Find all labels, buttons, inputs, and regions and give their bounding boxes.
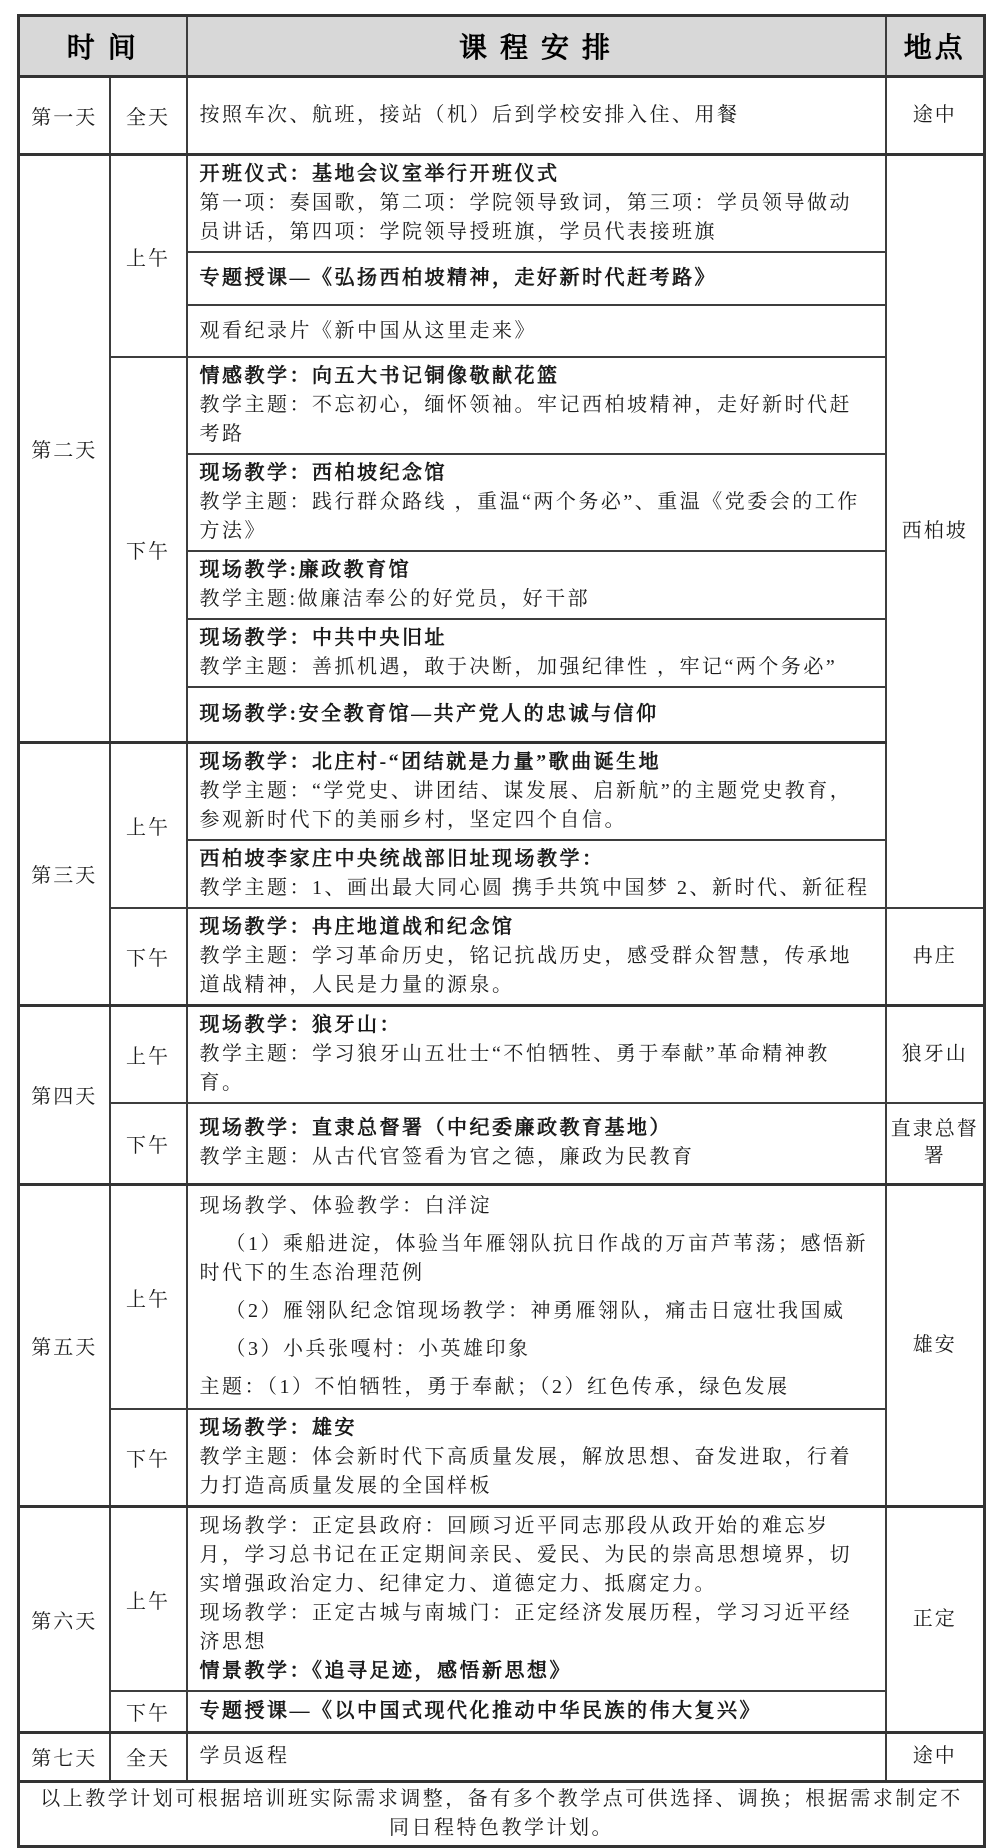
day7-course-cell: 学员返程	[187, 1732, 886, 1781]
row-day7: 第七天 全天 学员返程 途中	[19, 1732, 985, 1781]
course-title: 现场教学：西柏坡纪念馆	[200, 459, 873, 488]
day2-lianzheng-cell: 现场教学:廉政教育馆 教学主题:做廉洁奉公的好党员，好干部	[187, 551, 886, 619]
row-day6-lecture: 下午 专题授课—《以中国式现代化推动中华民族的伟大复兴》	[19, 1691, 985, 1732]
course-body: 第一项：奏国歌，第二项：学院领导致词，第三项：学员领导做动员讲话，第四项：学院领…	[200, 189, 873, 247]
row-day3-beizhuang: 第三天 上午 现场教学：北庄村-“团结就是力量”歌曲诞生地 教学主题：“学党史、…	[19, 742, 985, 840]
course-title: 现场教学:安全教育馆—共产党人的忠诚与信仰	[200, 700, 873, 729]
day6-lecture-cell: 专题授课—《以中国式现代化推动中华民族的伟大复兴》	[187, 1691, 886, 1732]
day4-label: 第四天	[19, 1005, 110, 1185]
day4-zongdushu-cell: 现场教学：直隶总督署（中纪委廉政教育基地） 教学主题：从古代官签看为官之德，廉政…	[187, 1103, 886, 1185]
course-body: 教学主题：践行群众路线 ，重温“两个务必”、重温《党委会的工作方法》	[200, 488, 873, 546]
day5-baiyangdian-cell: 现场教学、体验教学：白洋淀 （1）乘船进淀，体验当年雁翎队抗日作战的万亩芦苇荡；…	[187, 1185, 886, 1410]
course-body: 教学主题：学习革命历史，铭记抗战历史，感受群众智慧，传承地道战精神，人民是力量的…	[200, 942, 873, 1000]
schedule-table: 时 间 课 程 安 排 地点 第一天 全天 按照车次、航班，接站（机）后到学校安…	[17, 14, 986, 1848]
day1-time: 全天	[110, 77, 187, 155]
day7-time: 全天	[110, 1732, 187, 1781]
day6-pm: 下午	[110, 1691, 187, 1732]
course-body: 教学主题：“学党史、讲团结、谋发展、启新航”的主题党史教育，参观新时代下的美丽乡…	[200, 777, 873, 835]
day2-location: 西柏坡	[886, 155, 985, 908]
course-title: 西柏坡李家庄中央统战部旧址现场教学：	[200, 845, 873, 874]
course-body: 教学主题：从古代官签看为官之德，廉政为民教育	[200, 1143, 873, 1172]
course-body: 教学主题：不忘初心，缅怀领袖。牢记西柏坡精神，走好新时代赶考路	[200, 391, 873, 449]
row-day5-baiyangdian: 第五天 上午 现场教学、体验教学：白洋淀 （1）乘船进淀，体验当年雁翎队抗日作战…	[19, 1185, 985, 1410]
day4-pm: 下午	[110, 1103, 187, 1185]
course-body: 教学主题：善抓机遇，敢于决断，加强纪律性 ，牢记“两个务必”	[200, 653, 873, 682]
course-title: 情景教学：《追寻足迹，感悟新思想》	[200, 1657, 873, 1686]
day1-course-cell: 按照车次、航班，接站（机）后到学校安排入住、用餐	[187, 77, 886, 155]
day4-pm-location: 直隶总督署	[886, 1103, 985, 1185]
day3-pm: 下午	[110, 908, 187, 1006]
row-day1: 第一天 全天 按照车次、航班，接站（机）后到学校安排入住、用餐 途中	[19, 77, 985, 155]
schedule-document: 时 间 课 程 安 排 地点 第一天 全天 按照车次、航班，接站（机）后到学校安…	[17, 14, 983, 1848]
day3-pm-location: 冉庄	[886, 908, 985, 1006]
day4-am: 上午	[110, 1005, 187, 1103]
course-title: 专题授课—《以中国式现代化推动中华民族的伟大复兴》	[200, 1697, 873, 1726]
day6-location: 正定	[886, 1507, 985, 1733]
course-item: （3）小兵张嘎村：小英雄印象	[200, 1335, 873, 1364]
day3-label: 第三天	[19, 742, 110, 1005]
day3-ranzhuang-cell: 现场教学：冉庄地道战和纪念馆 教学主题：学习革命历史，铭记抗战历史，感受群众智慧…	[187, 908, 886, 1006]
course-title: 专题授课—《弘扬西柏坡精神，走好新时代赶考路》	[200, 264, 873, 293]
day1-label: 第一天	[19, 77, 110, 155]
day2-opening-cell: 开班仪式：基地会议室举行开班仪式 第一项：奏国歌，第二项：学院领导致词，第三项：…	[187, 155, 886, 253]
day5-label: 第五天	[19, 1185, 110, 1507]
row-day2-opening: 第二天 上午 开班仪式：基地会议室举行开班仪式 第一项：奏国歌，第二项：学院领导…	[19, 155, 985, 253]
day2-label: 第二天	[19, 155, 110, 743]
row-day2-emotion: 下午 情感教学：向五大书记铜像敬献花篮 教学主题：不忘初心，缅怀领袖。牢记西柏坡…	[19, 357, 985, 454]
footer-note: 以上教学计划可根据培训班实际需求调整，备有多个教学点可供选择、调换；根据需求制定…	[19, 1781, 985, 1846]
course-title: 现场教学：中共中央旧址	[200, 624, 873, 653]
day6-am: 上午	[110, 1507, 187, 1692]
day5-xiongan-cell: 现场教学：雄安 教学主题：体会新时代下高质量发展，解放思想、奋发进取，行着力打造…	[187, 1409, 886, 1507]
day1-location: 途中	[886, 77, 985, 155]
day3-lijiazhuang-cell: 西柏坡李家庄中央统战部旧址现场教学： 教学主题：1、画出最大同心圆 携手共筑中国…	[187, 840, 886, 908]
course-title: 现场教学：狼牙山：	[200, 1011, 873, 1040]
day2-am: 上午	[110, 155, 187, 358]
header-course: 课 程 安 排	[187, 16, 886, 77]
day2-zhongyang-cell: 现场教学：中共中央旧址 教学主题：善抓机遇，敢于决断，加强纪律性 ，牢记“两个务…	[187, 619, 886, 687]
day2-memorial-cell: 现场教学：西柏坡纪念馆 教学主题：践行群众路线 ，重温“两个务必”、重温《党委会…	[187, 454, 886, 551]
row-day5-xiongan: 下午 现场教学：雄安 教学主题：体会新时代下高质量发展，解放思想、奋发进取，行着…	[19, 1409, 985, 1507]
course-body: 观看纪录片《新中国从这里走来》	[200, 317, 873, 346]
course-title: 情感教学：向五大书记铜像敬献花篮	[200, 362, 873, 391]
course-body: 教学主题：1、画出最大同心圆 携手共筑中国梦 2、新时代、新征程	[200, 874, 873, 903]
row-day4-langyashan: 第四天 上午 现场教学：狼牙山： 教学主题：学习狼牙山五壮士“不怕牺牲、勇于奉献…	[19, 1005, 985, 1103]
course-title: 开班仪式：基地会议室举行开班仪式	[200, 160, 873, 189]
day4-langyashan-cell: 现场教学：狼牙山： 教学主题：学习狼牙山五壮士“不怕牺牲、勇于奉献”革命精神教育…	[187, 1005, 886, 1103]
day5-pm: 下午	[110, 1409, 187, 1507]
day6-label: 第六天	[19, 1507, 110, 1733]
course-title: 现场教学、体验教学：白洋淀	[200, 1192, 873, 1221]
course-body: 现场教学：正定县政府：回顾习近平同志那段从政开始的难忘岁月，学习总书记在正定期间…	[200, 1512, 873, 1599]
course-body: 教学主题:做廉洁奉公的好党员，好干部	[200, 585, 873, 614]
row-day6-am: 第六天 上午 现场教学：正定县政府：回顾习近平同志那段从政开始的难忘岁月，学习总…	[19, 1507, 985, 1692]
row-day3-ranzhuang: 下午 现场教学：冉庄地道战和纪念馆 教学主题：学习革命历史，铭记抗战历史，感受群…	[19, 908, 985, 1006]
course-title: 现场教学：冉庄地道战和纪念馆	[200, 913, 873, 942]
day2-lecture-cell: 专题授课—《弘扬西柏坡精神，走好新时代赶考路》	[187, 252, 886, 305]
course-body: 学员返程	[200, 1742, 873, 1771]
course-body: 现场教学：正定古城与南城门：正定经济发展历程，学习习近平经济思想	[200, 1599, 873, 1657]
day2-pm: 下午	[110, 357, 187, 742]
course-title: 现场教学：北庄村-“团结就是力量”歌曲诞生地	[200, 748, 873, 777]
header-time: 时 间	[19, 16, 187, 77]
day2-anquan-cell: 现场教学:安全教育馆—共产党人的忠诚与信仰	[187, 687, 886, 742]
day3-beizhuang-cell: 现场教学：北庄村-“团结就是力量”歌曲诞生地 教学主题：“学党史、讲团结、谋发展…	[187, 742, 886, 840]
day3-am: 上午	[110, 742, 187, 908]
day2-film-cell: 观看纪录片《新中国从这里走来》	[187, 305, 886, 357]
course-body: 教学主题：体会新时代下高质量发展，解放思想、奋发进取，行着力打造高质量发展的全国…	[200, 1443, 873, 1501]
course-title: 现场教学：雄安	[200, 1414, 873, 1443]
row-footer: 以上教学计划可根据培训班实际需求调整，备有多个教学点可供选择、调换；根据需求制定…	[19, 1781, 985, 1846]
header-location: 地点	[886, 16, 985, 77]
header-row: 时 间 课 程 安 排 地点	[19, 16, 985, 77]
course-item: （2）雁翎队纪念馆现场教学：神勇雁翎队，痛击日寇壮我国威	[200, 1297, 873, 1326]
course-body: 教学主题：学习狼牙山五壮士“不怕牺牲、勇于奉献”革命精神教育。	[200, 1040, 873, 1098]
course-theme: 主题：（1）不怕牺牲，勇于奉献；（2）红色传承，绿色发展	[200, 1373, 873, 1402]
course-title: 现场教学：直隶总督署（中纪委廉政教育基地）	[200, 1114, 873, 1143]
day6-am-cell: 现场教学：正定县政府：回顾习近平同志那段从政开始的难忘岁月，学习总书记在正定期间…	[187, 1507, 886, 1692]
day7-location: 途中	[886, 1732, 985, 1781]
course-item: （1）乘船进淀，体验当年雁翎队抗日作战的万亩芦苇荡；感悟新时代下的生态治理范例	[200, 1230, 873, 1288]
day2-emotion-cell: 情感教学：向五大书记铜像敬献花篮 教学主题：不忘初心，缅怀领袖。牢记西柏坡精神，…	[187, 357, 886, 454]
course-title: 现场教学:廉政教育馆	[200, 556, 873, 585]
day4-am-location: 狼牙山	[886, 1005, 985, 1103]
day5-location: 雄安	[886, 1185, 985, 1507]
row-day4-zongdushu: 下午 现场教学：直隶总督署（中纪委廉政教育基地） 教学主题：从古代官签看为官之德…	[19, 1103, 985, 1185]
day7-label: 第七天	[19, 1732, 110, 1781]
day5-am: 上午	[110, 1185, 187, 1410]
day1-course-text: 按照车次、航班，接站（机）后到学校安排入住、用餐	[200, 101, 873, 130]
